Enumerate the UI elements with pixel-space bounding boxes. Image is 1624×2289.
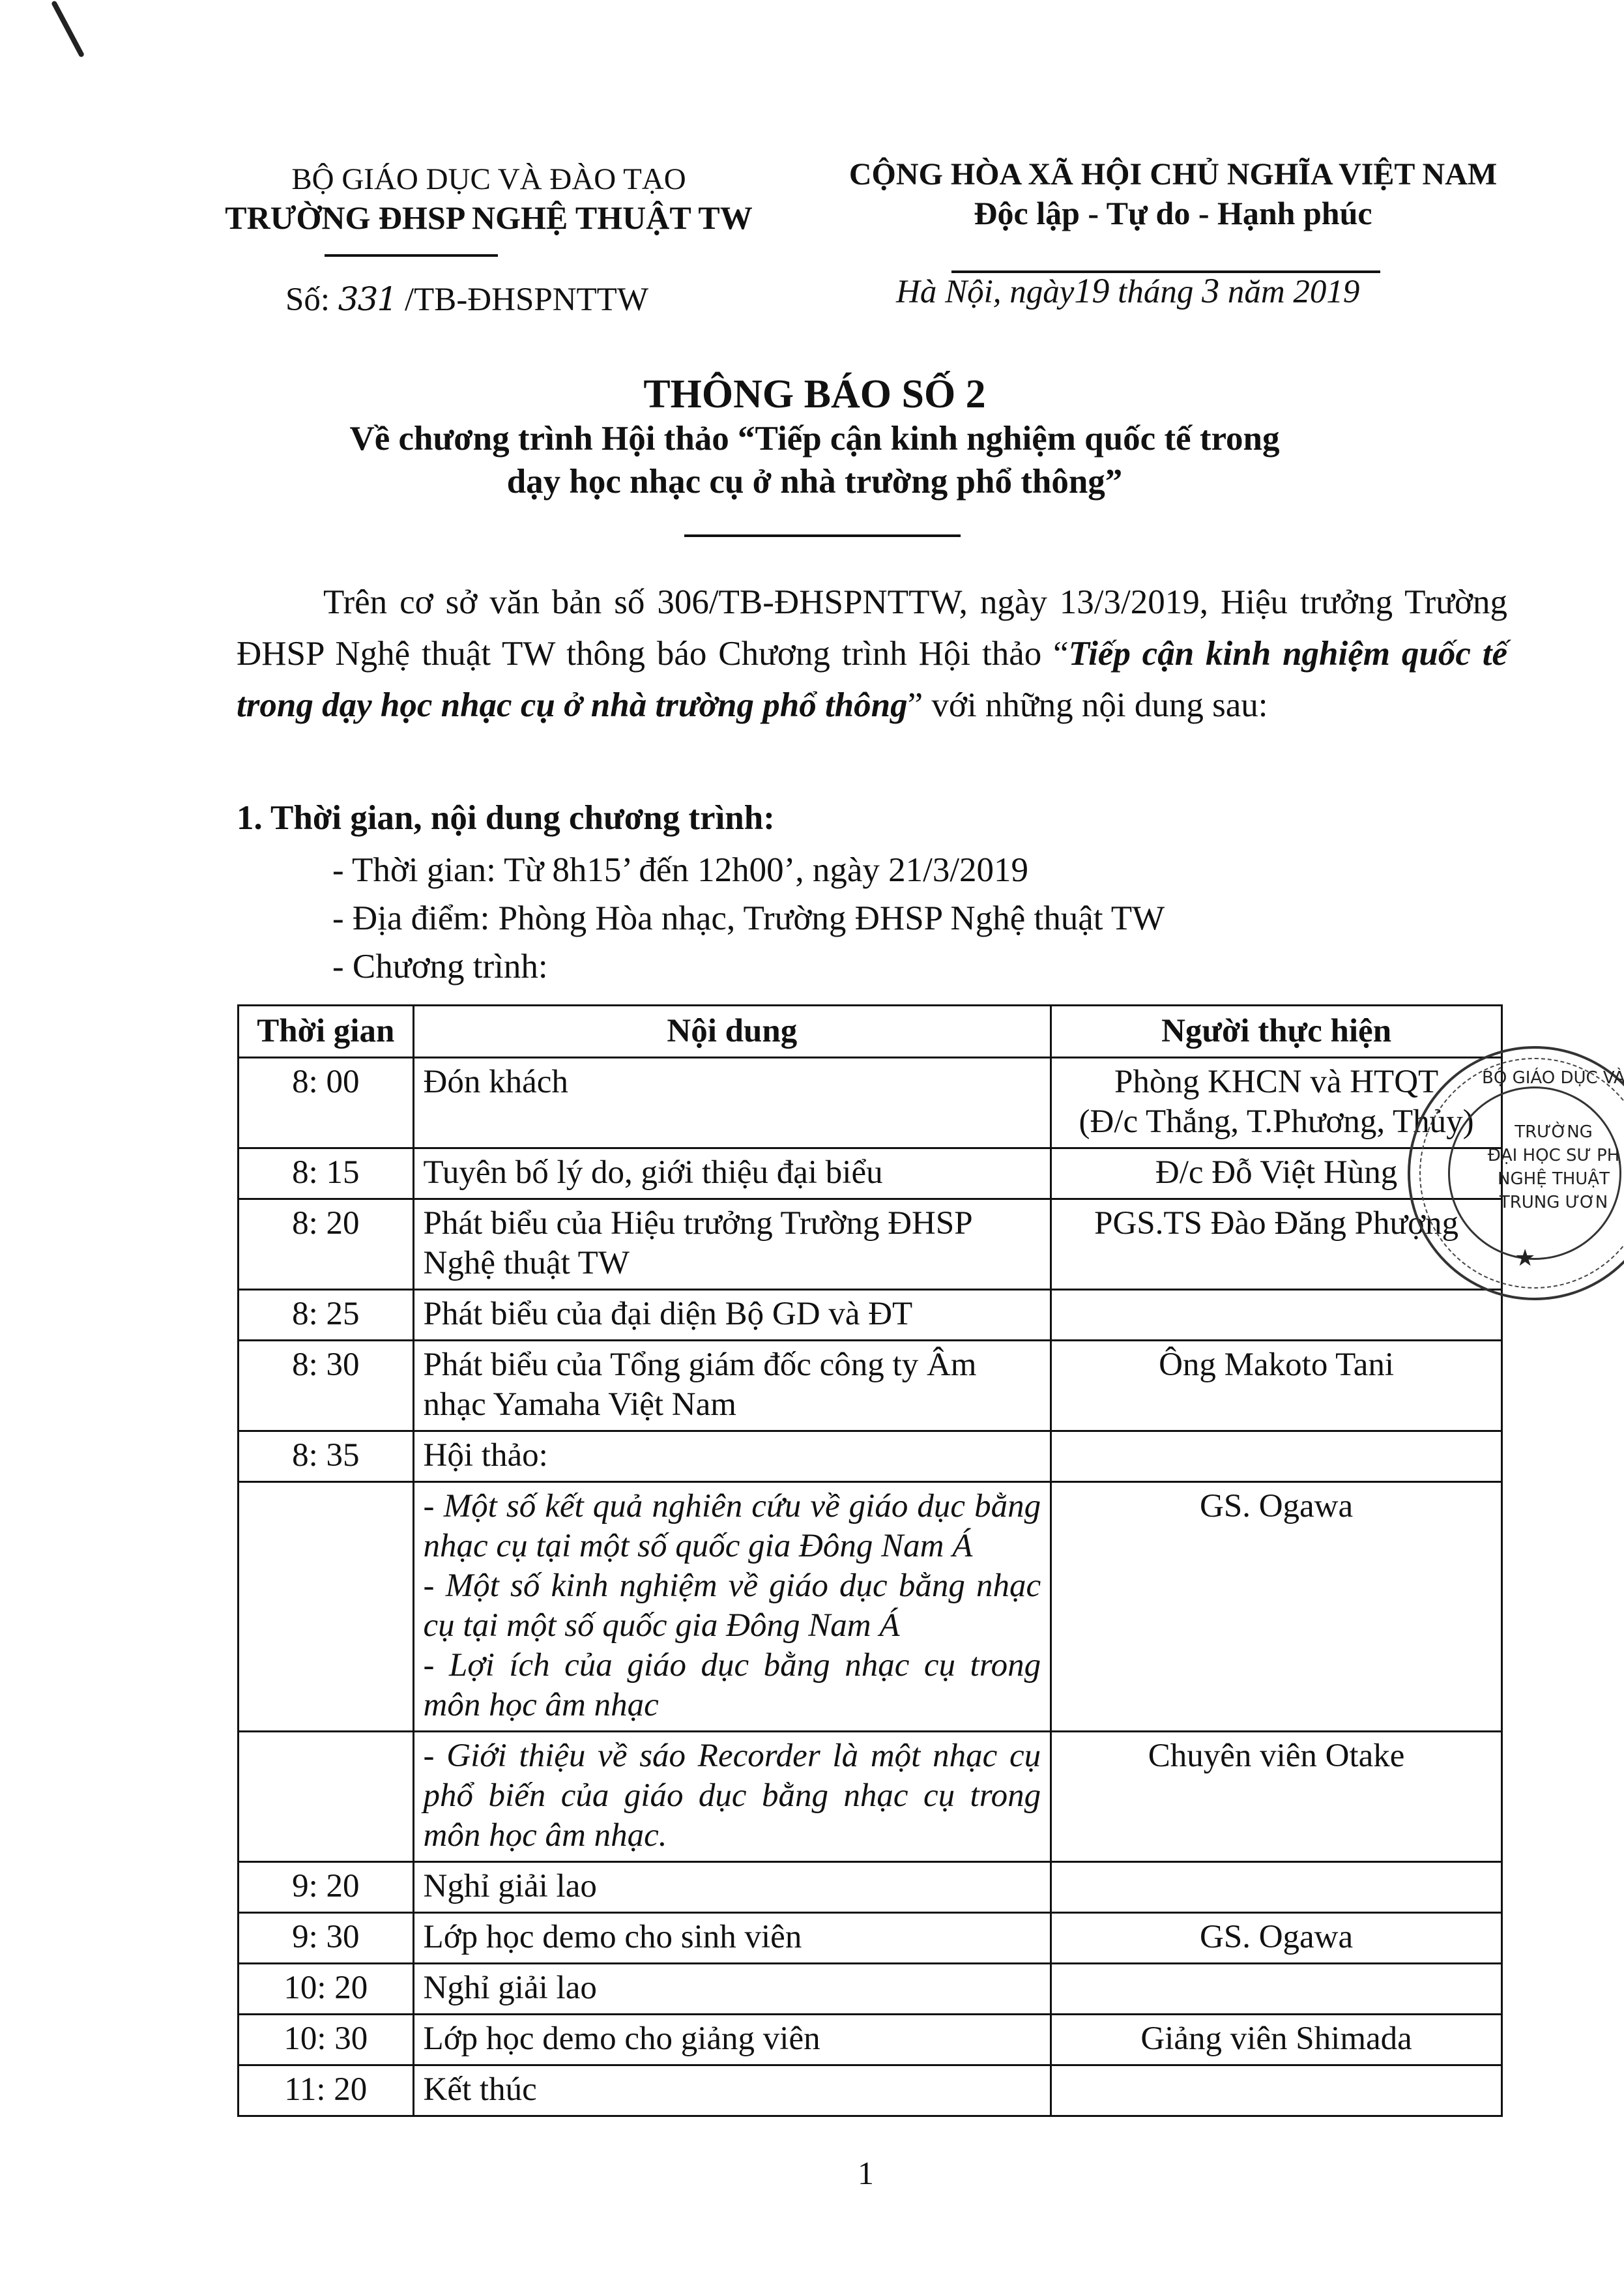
cell-time: 8: 25 bbox=[239, 1290, 414, 1341]
section-bullets: - Thời gian: Từ 8h15’ đến 12h00’, ngày 2… bbox=[332, 846, 1165, 991]
table-row: 8: 35Hội thảo: bbox=[239, 1431, 1502, 1482]
cell-person: Ông Makoto Tani bbox=[1051, 1341, 1502, 1431]
table-row: 8: 25Phát biểu của đại diện Bộ GD và ĐT bbox=[239, 1290, 1502, 1341]
column-header-content: Nội dung bbox=[413, 1006, 1051, 1058]
notice-subtitle-line1: Về chương trình Hội thảo “Tiếp cận kinh … bbox=[196, 417, 1434, 460]
cell-person: Giảng viên Shimada bbox=[1051, 2015, 1502, 2065]
cell-content: Tuyên bố lý do, giới thiệu đại biểu bbox=[413, 1148, 1051, 1199]
bullet-time: - Thời gian: Từ 8h15’ đến 12h00’, ngày 2… bbox=[332, 846, 1165, 894]
cell-content: - Một số kết quả nghiên cứu về giáo dục … bbox=[413, 1482, 1051, 1732]
column-header-time: Thời gian bbox=[239, 1006, 414, 1058]
table-row: 8: 20Phát biểu của Hiệu trưởng Trường ĐH… bbox=[239, 1199, 1502, 1290]
cell-person: Chuyên viên Otake bbox=[1051, 1732, 1502, 1862]
title-underline bbox=[684, 534, 961, 537]
table-row: 10: 30Lớp học demo cho giảng viênGiảng v… bbox=[239, 2015, 1502, 2065]
handwritten-day: 19 bbox=[1074, 271, 1109, 310]
table-row: 8: 15Tuyên bố lý do, giới thiệu đại biểu… bbox=[239, 1148, 1502, 1199]
cell-time: 8: 30 bbox=[239, 1341, 414, 1431]
seal-arc-text: BỘ GIÁO DỤC VÀ bbox=[1482, 1068, 1624, 1088]
cell-time: 10: 20 bbox=[239, 1964, 414, 2015]
cell-person bbox=[1051, 1964, 1502, 2015]
handwritten-number: 331 bbox=[338, 280, 396, 318]
cell-content: Lớp học demo cho sinh viên bbox=[413, 1913, 1051, 1964]
cell-time: 8: 15 bbox=[239, 1148, 414, 1199]
table-row: 9: 30Lớp học demo cho sinh viênGS. Ogawa bbox=[239, 1913, 1502, 1964]
national-motto: Độc lập - Tự do - Hạnh phúc bbox=[802, 194, 1544, 232]
cell-time: 10: 30 bbox=[239, 2015, 414, 2065]
school-name: TRƯỜNG ĐHSP NGHỆ THUẬT TW bbox=[196, 199, 782, 237]
content-item: - Giới thiệu về sáo Recorder là một nhạc… bbox=[424, 1736, 1041, 1856]
table-row: 8: 30Phát biểu của Tổng giám đốc công ty… bbox=[239, 1341, 1502, 1431]
cell-content: Phát biểu của Tổng giám đốc công ty Âm n… bbox=[413, 1341, 1051, 1431]
cell-time: 8: 35 bbox=[239, 1431, 414, 1482]
cell-person bbox=[1051, 2065, 1502, 2116]
cell-person: PGS.TS Đào Đăng Phượng bbox=[1051, 1199, 1502, 1290]
cell-content: Lớp học demo cho giảng viên bbox=[413, 2015, 1051, 2065]
cell-time: 9: 20 bbox=[239, 1862, 414, 1913]
table-row: 10: 20Nghỉ giải lao bbox=[239, 1964, 1502, 2015]
table-row: 9: 20Nghỉ giải lao bbox=[239, 1862, 1502, 1913]
notice-title-block: THÔNG BÁO SỐ 2 Về chương trình Hội thảo … bbox=[196, 372, 1434, 503]
table-header-row: Thời gian Nội dung Người thực hiện bbox=[239, 1006, 1502, 1058]
table-row: 11: 20Kết thúc bbox=[239, 2065, 1502, 2116]
country-name: CỘNG HÒA XÃ HỘI CHỦ NGHĨA VIỆT NAM bbox=[802, 155, 1544, 194]
notice-subtitle-line2: dạy học nhạc cụ ở nhà trường phổ thông” bbox=[196, 460, 1434, 503]
cell-content: - Giới thiệu về sáo Recorder là một nhạc… bbox=[413, 1732, 1051, 1862]
notice-title: THÔNG BÁO SỐ 2 bbox=[196, 372, 1434, 417]
table-row: - Giới thiệu về sáo Recorder là một nhạc… bbox=[239, 1732, 1502, 1862]
content-item: - Lợi ích của giáo dục bằng nhạc cụ tron… bbox=[424, 1646, 1041, 1725]
issuer-header: BỘ GIÁO DỤC VÀ ĐÀO TẠO TRƯỜNG ĐHSP NGHỆ … bbox=[196, 160, 782, 237]
cell-time bbox=[239, 1482, 414, 1732]
cell-content: Phát biểu của đại diện Bộ GD và ĐT bbox=[413, 1290, 1051, 1341]
program-table: Thời gian Nội dung Người thực hiện 8: 00… bbox=[237, 1004, 1503, 2117]
ministry-name: BỘ GIÁO DỤC VÀ ĐÀO TẠO bbox=[196, 160, 782, 199]
cell-content: Nghỉ giải lao bbox=[413, 1964, 1051, 2015]
cell-content: Phát biểu của Hiệu trưởng Trường ĐHSP Ng… bbox=[413, 1199, 1051, 1290]
document-date: Hà Nội, ngày19 tháng 3 năm 2019 bbox=[896, 270, 1359, 311]
content-item: - Một số kinh nghiệm về giáo dục bằng nh… bbox=[424, 1566, 1041, 1646]
table-row: 8: 00Đón kháchPhòng KHCN và HTQT(Đ/c Thắ… bbox=[239, 1058, 1502, 1148]
cell-content: Nghỉ giải lao bbox=[413, 1862, 1051, 1913]
cell-person bbox=[1051, 1290, 1502, 1341]
star-icon: ★ bbox=[1515, 1244, 1535, 1272]
cell-person: GS. Ogawa bbox=[1051, 1913, 1502, 1964]
cell-time: 8: 20 bbox=[239, 1199, 414, 1290]
handwritten-month: 3 bbox=[1202, 271, 1219, 310]
column-header-person: Người thực hiện bbox=[1051, 1006, 1502, 1058]
cell-time: 11: 20 bbox=[239, 2065, 414, 2116]
cell-time bbox=[239, 1732, 414, 1862]
section-heading: 1. Thời gian, nội dung chương trình: bbox=[237, 798, 775, 838]
table-row: - Một số kết quả nghiên cứu về giáo dục … bbox=[239, 1482, 1502, 1732]
bullet-location: - Địa điểm: Phòng Hòa nhạc, Trường ĐHSP … bbox=[332, 894, 1165, 942]
cell-time: 9: 30 bbox=[239, 1913, 414, 1964]
bullet-program: - Chương trình: bbox=[332, 942, 1165, 991]
program-table-body: 8: 00Đón kháchPhòng KHCN và HTQT(Đ/c Thắ… bbox=[239, 1058, 1502, 2116]
cell-person: GS. Ogawa bbox=[1051, 1482, 1502, 1732]
cell-person bbox=[1051, 1862, 1502, 1913]
page-number: 1 bbox=[858, 2154, 874, 2192]
cell-time: 8: 00 bbox=[239, 1058, 414, 1148]
cell-content: Đón khách bbox=[413, 1058, 1051, 1148]
intro-paragraph: Trên cơ sở văn bản số 306/TB-ĐHSPNTTW, n… bbox=[237, 577, 1507, 731]
cell-person: Phòng KHCN và HTQT(Đ/c Thắng, T.Phương, … bbox=[1051, 1058, 1502, 1148]
issuer-underline bbox=[325, 254, 498, 257]
cell-content: Kết thúc bbox=[413, 2065, 1051, 2116]
content-item: - Một số kết quả nghiên cứu về giáo dục … bbox=[424, 1487, 1041, 1566]
national-header: CỘNG HÒA XÃ HỘI CHỦ NGHĨA VIỆT NAM Độc l… bbox=[802, 155, 1544, 232]
cell-person bbox=[1051, 1431, 1502, 1482]
document-number: Số: 331 /TB-ĐHSPNTTW bbox=[285, 280, 648, 319]
cell-person: Đ/c Đỗ Việt Hùng bbox=[1051, 1148, 1502, 1199]
cell-content: Hội thảo: bbox=[413, 1431, 1051, 1482]
scan-artifact-mark bbox=[51, 0, 85, 58]
